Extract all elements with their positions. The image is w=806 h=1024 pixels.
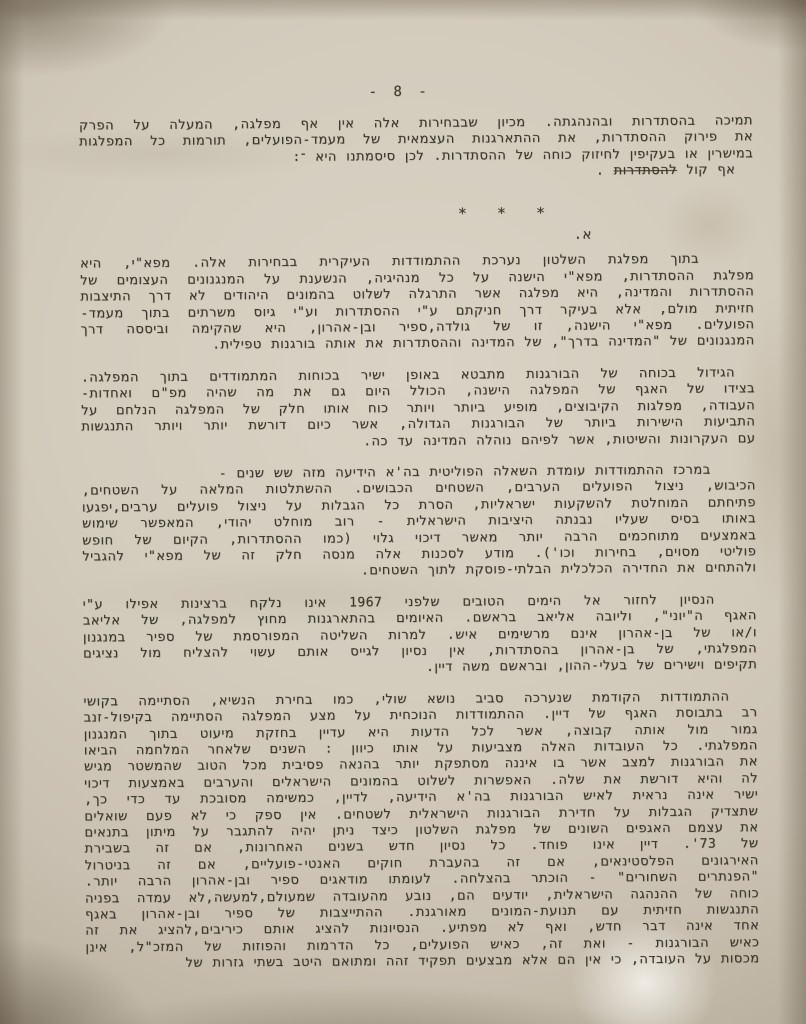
page-number: - 8 - [0, 81, 803, 103]
intro-paragraphs: תמיכה בהסתדרות ובהנהגתה. מכיון שבבחירות … [79, 113, 753, 184]
text-segment: תקיפים וישירים של בעלי-ההון, ובראשם משה … [426, 658, 757, 676]
paragraph: במרכז ההתמודדות עומדת השאלה הפוליטית בה'… [82, 462, 757, 582]
asterisk-separator: * * * [165, 202, 806, 224]
scanned-document-page: - 8 - תמיכה בהסתדרות ובהנהגתה. מכיון שבב… [0, 0, 806, 1024]
text-segment: מכסות על העובדה, כי אין הם אלא מבצעים תפ… [185, 951, 759, 971]
paragraph: ההתמודדות הקודמת שנערכה סביב נושא שולי, … [83, 689, 759, 973]
text-segment: במישרין או בעקיפין לחיזוק כוחה של ההסתדר… [292, 146, 753, 165]
text-column: תמיכה בהסתדרות ובהנהגתה. מכיון שבבחירות … [79, 113, 760, 988]
page-content: - 8 - תמיכה בהסתדרות ובהנהגתה. מכיון שבב… [0, 0, 806, 1024]
text-segment: המנגנונים של "המדינה בדרך", של המדינה וה… [212, 334, 755, 353]
text-segment: . [596, 164, 614, 179]
text-segment: ולהתחים את החדירה הכלכלית הבלתי-פוסקת לת… [361, 561, 757, 579]
paragraph: בתוך מפלגת השלטון נערכת ההתמודדות העיקרי… [80, 252, 755, 356]
section-marker: א. [80, 227, 592, 247]
text-segment: אף קול [677, 163, 735, 178]
paragraph: תמיכה בהסתדרות ובהנהגתה. מכיון שבבחירות … [79, 113, 753, 184]
paragraph: הנסיון לחזור אל הימים הטובים שלפני 1967 … [83, 592, 758, 679]
body-paragraphs: בתוך מפלגת השלטון נערכת ההתמודדות העיקרי… [80, 252, 760, 974]
paragraph: הגידול בכוחה של הבורגנות מתבטא באופן ישי… [81, 365, 756, 452]
text-segment: עם העקרונות והשיטות, אשר לפיהם נוהלה המד… [363, 431, 755, 449]
struck-text: להסתדרות [614, 163, 678, 178]
